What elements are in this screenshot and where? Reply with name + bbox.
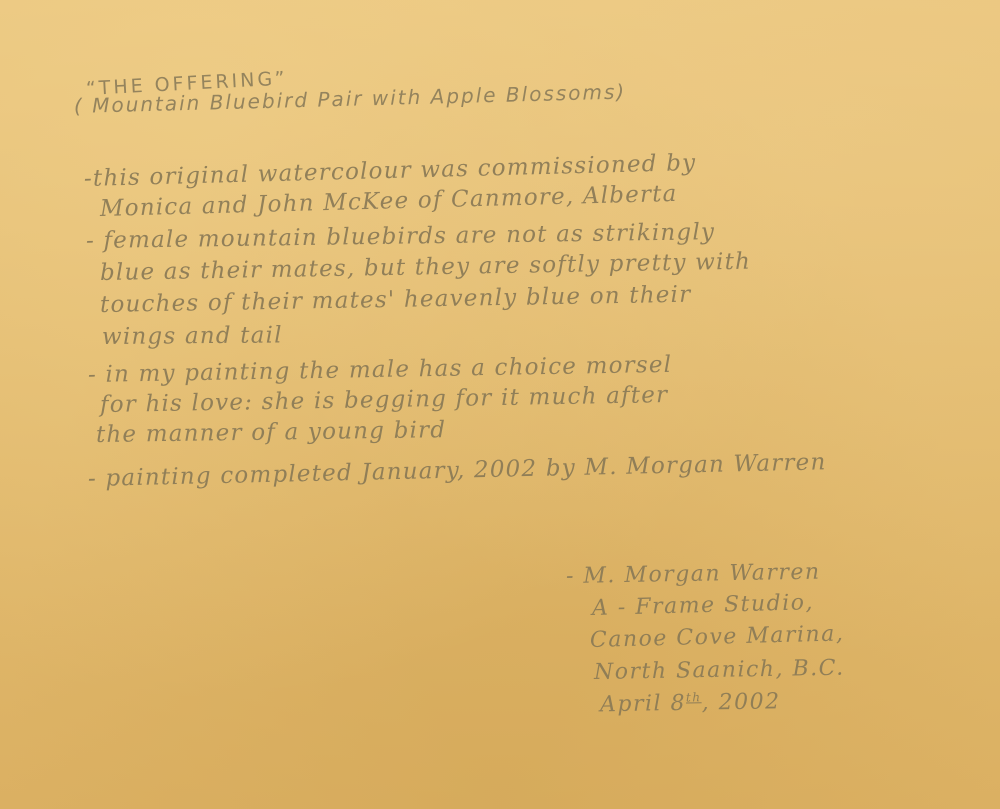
signature-date-year: , 2002 xyxy=(701,689,780,715)
signature-date: April 8th, 2002 xyxy=(600,689,781,717)
signature-name: - M. Morgan Warren xyxy=(566,560,821,589)
signature-date-prefix: April 8 xyxy=(600,691,686,717)
note-line: the manner of a young bird xyxy=(96,417,447,448)
signature-location-1: Canoe Cove Marina, xyxy=(590,621,845,653)
note-line: for his love: she is begging for it much… xyxy=(100,382,669,418)
signature-date-suffix: th xyxy=(686,690,702,704)
note-line: - painting completed January, 2002 by M.… xyxy=(88,449,827,492)
note-line: - female mountain bluebirds are not as s… xyxy=(86,219,715,254)
note-line: wings and tail xyxy=(102,322,283,350)
note-line: blue as their mates, but they are softly… xyxy=(100,249,752,286)
note-line: touches of their mates' heavenly blue on… xyxy=(100,282,692,318)
signature-studio: A - Frame Studio, xyxy=(592,590,815,621)
paper-sheet: “THE OFFERING” ( Mountain Bluebird Pair … xyxy=(0,0,1000,809)
signature-location-2: North Saanich, B.C. xyxy=(594,656,845,685)
